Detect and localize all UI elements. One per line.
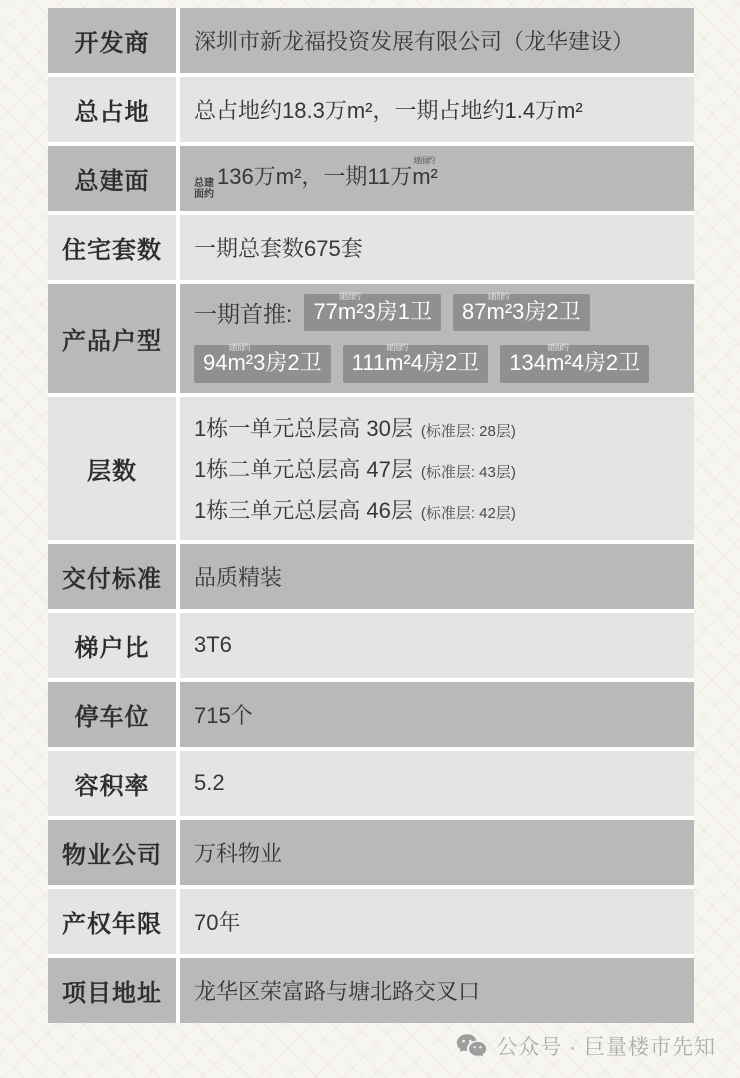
row-label: 住宅套数 — [48, 215, 176, 280]
table-row-unit-count: 住宅套数 一期总套数675套 — [48, 215, 694, 280]
row-label: 停车位 — [48, 682, 176, 747]
row-label: 梯户比 — [48, 613, 176, 678]
property-management-value: 万科物业 — [194, 837, 684, 868]
value-main: 136万m²，一期11万 — [217, 160, 412, 191]
unit: m² — [412, 164, 438, 189]
badge-unit: m² — [385, 350, 411, 375]
badge-desc: 4房2卫 — [572, 350, 640, 376]
row-label: 产品户型 — [48, 284, 176, 393]
table-row-plot-ratio: 容积率 5.2 — [48, 751, 694, 816]
row-value: 70年 — [180, 889, 694, 954]
unit-count-value: 一期总套数675套 — [194, 232, 684, 263]
badge-desc: 4房2卫 — [411, 350, 479, 376]
badge-unit: m² — [338, 299, 364, 324]
floor-line: 1栋二单元总层高 47层 (标准层: 43层) — [194, 453, 684, 484]
table-row-total-floor-area: 总建面 总建 面约 136万m²，一期11万 建面约 m² — [48, 146, 694, 211]
row-value: 总建 面约 136万m²，一期11万 建面约 m² — [180, 146, 694, 211]
badge-unit-wrap: 建面约m² — [227, 350, 253, 376]
badge-note: 建面约 — [547, 344, 568, 352]
row-label: 总建面 — [48, 146, 176, 211]
floor-line: 1栋一单元总层高 30层 (标准层: 28层) — [194, 412, 684, 443]
row-label: 交付标准 — [48, 544, 176, 609]
badge-note: 建面约 — [228, 344, 249, 352]
table-row-product-types: 产品户型 一期首推: 77建面约m²3房1卫 87建面约m²3房2卫 94建面约… — [48, 284, 694, 393]
tiny-prefix-line2: 面约 — [194, 189, 214, 200]
developer-value: 深圳市新龙福投资发展有限公司（龙华建设） — [194, 25, 684, 56]
floor-note: (标准层: 28层) — [421, 420, 516, 441]
row-value: 5.2 — [180, 751, 694, 816]
badge-unit-wrap: 建面约m² — [338, 299, 364, 325]
badges-prefix: 一期首推: — [194, 296, 292, 329]
badge-desc: 3房2卫 — [253, 350, 321, 376]
row-value: 一期首推: 77建面约m²3房1卫 87建面约m²3房2卫 94建面约m²3房2… — [180, 284, 694, 393]
parking-value: 715个 — [194, 699, 684, 730]
table-row-delivery-standard: 交付标准 品质精装 — [48, 544, 694, 609]
badge-unit-wrap: 建面约m² — [385, 350, 411, 376]
row-label: 总占地 — [48, 77, 176, 142]
wechat-icon — [456, 1033, 487, 1059]
badge-unit: m² — [227, 350, 253, 375]
row-value: 总占地约18.3万m²，一期占地约1.4万m² — [180, 77, 694, 142]
table-row-total-land-area: 总占地 总占地约18.3万m²，一期占地约1.4万m² — [48, 77, 694, 142]
table-row-floors: 层数 1栋一单元总层高 30层 (标准层: 28层) 1栋二单元总层高 47层 … — [48, 397, 694, 540]
table-row-ownership-term: 产权年限 70年 — [48, 889, 694, 954]
badge-desc: 3房2卫 — [512, 299, 580, 325]
row-label: 容积率 — [48, 751, 176, 816]
floor-main: 1栋三单元总层高 46层 — [194, 494, 413, 525]
product-type-badge: 134建面约m²4房2卫 — [500, 345, 649, 382]
floor-note: (标准层: 43层) — [421, 461, 516, 482]
total-land-area-value: 总占地约18.3万m²，一期占地约1.4万m² — [194, 94, 684, 125]
badge-unit: m² — [546, 350, 572, 375]
product-type-badge: 87建面约m²3房2卫 — [453, 294, 590, 331]
row-label: 物业公司 — [48, 820, 176, 885]
floor-main: 1栋一单元总层高 30层 — [194, 412, 413, 443]
wechat-watermark: 公众号 · 巨量楼市先知 — [456, 1031, 716, 1061]
row-label: 产权年限 — [48, 889, 176, 954]
badge-area: 87 — [462, 299, 486, 325]
row-value: 龙华区荣富路与塘北路交叉口 — [180, 958, 694, 1023]
table-row-property-management: 物业公司 万科物业 — [48, 820, 694, 885]
product-type-badge: 94建面约m²3房2卫 — [194, 345, 331, 382]
badge-note: 建面约 — [339, 293, 360, 301]
badge-area: 134 — [509, 350, 546, 376]
property-spec-table: 开发商 深圳市新龙福投资发展有限公司（龙华建设） 总占地 总占地约18.3万m²… — [48, 8, 694, 1023]
product-type-badges: 一期首推: 77建面约m²3房1卫 87建面约m²3房2卫 94建面约m²3房2… — [194, 294, 684, 383]
row-value: 1栋一单元总层高 30层 (标准层: 28层) 1栋二单元总层高 47层 (标准… — [180, 397, 694, 540]
ownership-term-value: 70年 — [194, 906, 684, 937]
row-value: 3T6 — [180, 613, 694, 678]
delivery-standard-value: 品质精装 — [194, 561, 684, 592]
row-label: 层数 — [48, 397, 176, 540]
unit-note: 建面约 — [413, 157, 434, 165]
total-floor-area-value: 总建 面约 136万m²，一期11万 建面约 m² — [194, 160, 684, 198]
floor-line: 1栋三单元总层高 46层 (标准层: 42层) — [194, 494, 684, 525]
floor-note: (标准层: 42层) — [421, 502, 516, 523]
badge-area: 77 — [313, 299, 337, 325]
badge-area: 111 — [352, 350, 385, 376]
elevator-ratio-value: 3T6 — [194, 632, 684, 658]
row-value: 万科物业 — [180, 820, 694, 885]
product-type-badge: 77建面约m²3房1卫 — [304, 294, 441, 331]
row-label: 开发商 — [48, 8, 176, 73]
tiny-prefix-line1: 总建 — [194, 178, 214, 189]
badge-unit-wrap: 建面约m² — [487, 299, 513, 325]
row-value: 715个 — [180, 682, 694, 747]
row-value: 一期总套数675套 — [180, 215, 694, 280]
badge-unit: m² — [487, 299, 513, 324]
unit-with-note: 建面约 m² — [412, 164, 438, 190]
floor-main: 1栋二单元总层高 47层 — [194, 453, 413, 484]
row-value: 深圳市新龙福投资发展有限公司（龙华建设） — [180, 8, 694, 73]
badge-unit-wrap: 建面约m² — [546, 350, 572, 376]
table-row-parking: 停车位 715个 — [48, 682, 694, 747]
project-address-value: 龙华区荣富路与塘北路交叉口 — [194, 975, 684, 1006]
tiny-prefix: 总建 面约 — [194, 178, 214, 200]
badge-note: 建面约 — [386, 344, 407, 352]
badge-desc: 3房1卫 — [364, 299, 432, 325]
watermark-text: 公众号 · 巨量楼市先知 — [496, 1031, 716, 1061]
badge-note: 建面约 — [488, 293, 509, 301]
row-value: 品质精装 — [180, 544, 694, 609]
plot-ratio-value: 5.2 — [194, 770, 684, 796]
table-row-elevator-ratio: 梯户比 3T6 — [48, 613, 694, 678]
table-row-project-address: 项目地址 龙华区荣富路与塘北路交叉口 — [48, 958, 694, 1023]
row-label: 项目地址 — [48, 958, 176, 1023]
table-row-developer: 开发商 深圳市新龙福投资发展有限公司（龙华建设） — [48, 8, 694, 73]
badge-area: 94 — [203, 350, 227, 376]
product-type-badge: 111建面约m²4房2卫 — [343, 345, 489, 382]
